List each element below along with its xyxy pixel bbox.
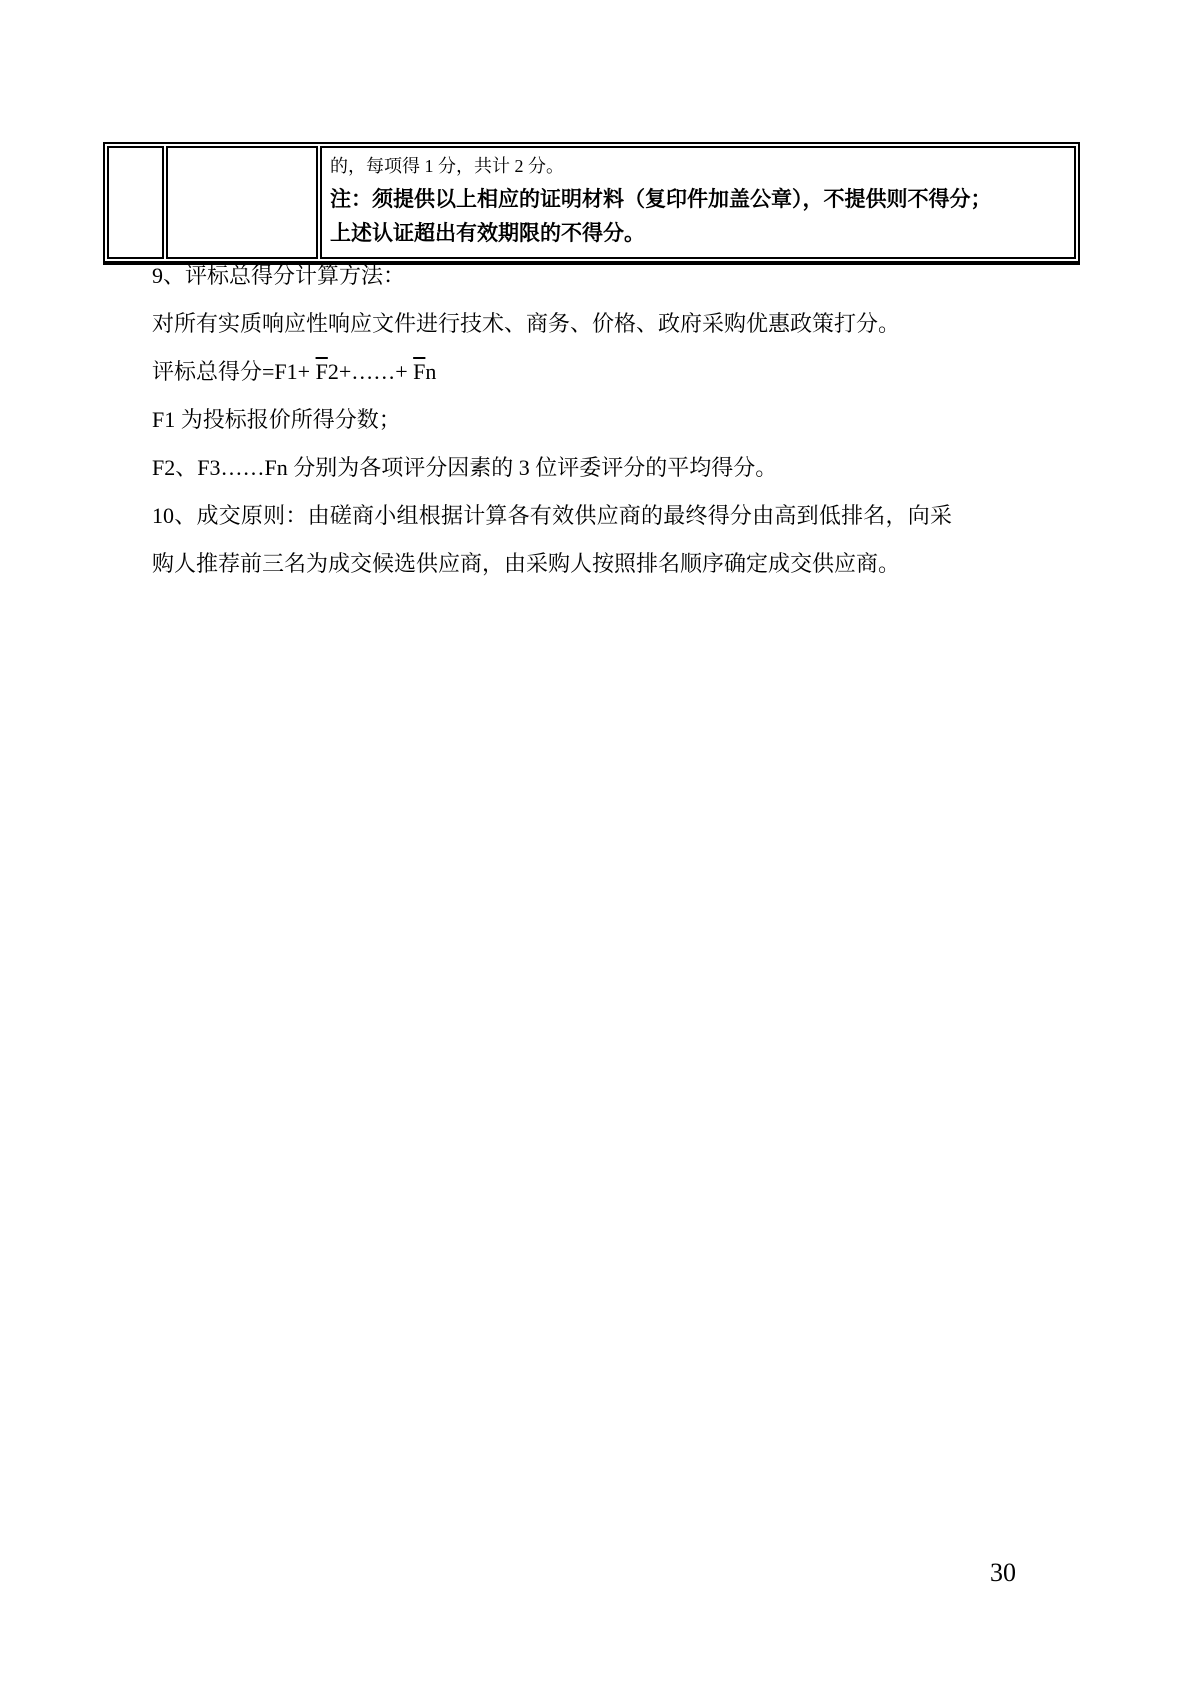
criteria-note-line-1: 注：须提供以上相应的证明材料（复印件加盖公章），不提供则不得分； [330, 183, 1066, 217]
para-item-10-award-principle: 10、成交原则：由磋商小组根据计算各有效供应商的最终得分由高到低排名，向采购人推… [152, 492, 952, 588]
section-9-heading: 9、评标总得分计算方法： [152, 252, 992, 300]
table-cell-criteria: 的，每项得 1 分，共计 2 分。 注：须提供以上相应的证明材料（复印件加盖公章… [320, 146, 1076, 259]
table-cell-index-empty [107, 146, 164, 259]
formula-lead: 评标总得分=F1+ [152, 359, 316, 384]
table-cell-item-empty [166, 146, 318, 259]
body-text-block: 9、评标总得分计算方法： 对所有实质响应性响应文件进行技术、商务、价格、政府采购… [152, 252, 992, 588]
formula-line: 评标总得分=F1+ F2+……+ Fn [152, 348, 992, 396]
scoring-criteria-table: 的，每项得 1 分，共计 2 分。 注：须提供以上相应的证明材料（复印件加盖公章… [103, 142, 1080, 265]
formula-tail: n [425, 359, 436, 384]
page-number: 30 [990, 1553, 1016, 1593]
para-f1-definition: F1 为投标报价所得分数； [152, 396, 992, 444]
formula-f2-overbar: F [316, 359, 328, 384]
criteria-note-line-2: 上述认证超出有效期限的不得分。 [330, 217, 1066, 251]
formula-mid: 2+……+ [328, 359, 413, 384]
para-scoring-scope: 对所有实质响应性响应文件进行技术、商务、价格、政府采购优惠政策打分。 [152, 300, 992, 348]
formula-fn-overbar: F [413, 359, 425, 384]
table-row: 的，每项得 1 分，共计 2 分。 注：须提供以上相应的证明材料（复印件加盖公章… [107, 146, 1076, 259]
document-page: 的，每项得 1 分，共计 2 分。 注：须提供以上相应的证明材料（复印件加盖公章… [0, 0, 1190, 1682]
criteria-tail-text: 的，每项得 1 分，共计 2 分。 [330, 149, 1066, 183]
para-fn-definition: F2、F3……Fn 分别为各项评分因素的 3 位评委评分的平均得分。 [152, 444, 992, 492]
